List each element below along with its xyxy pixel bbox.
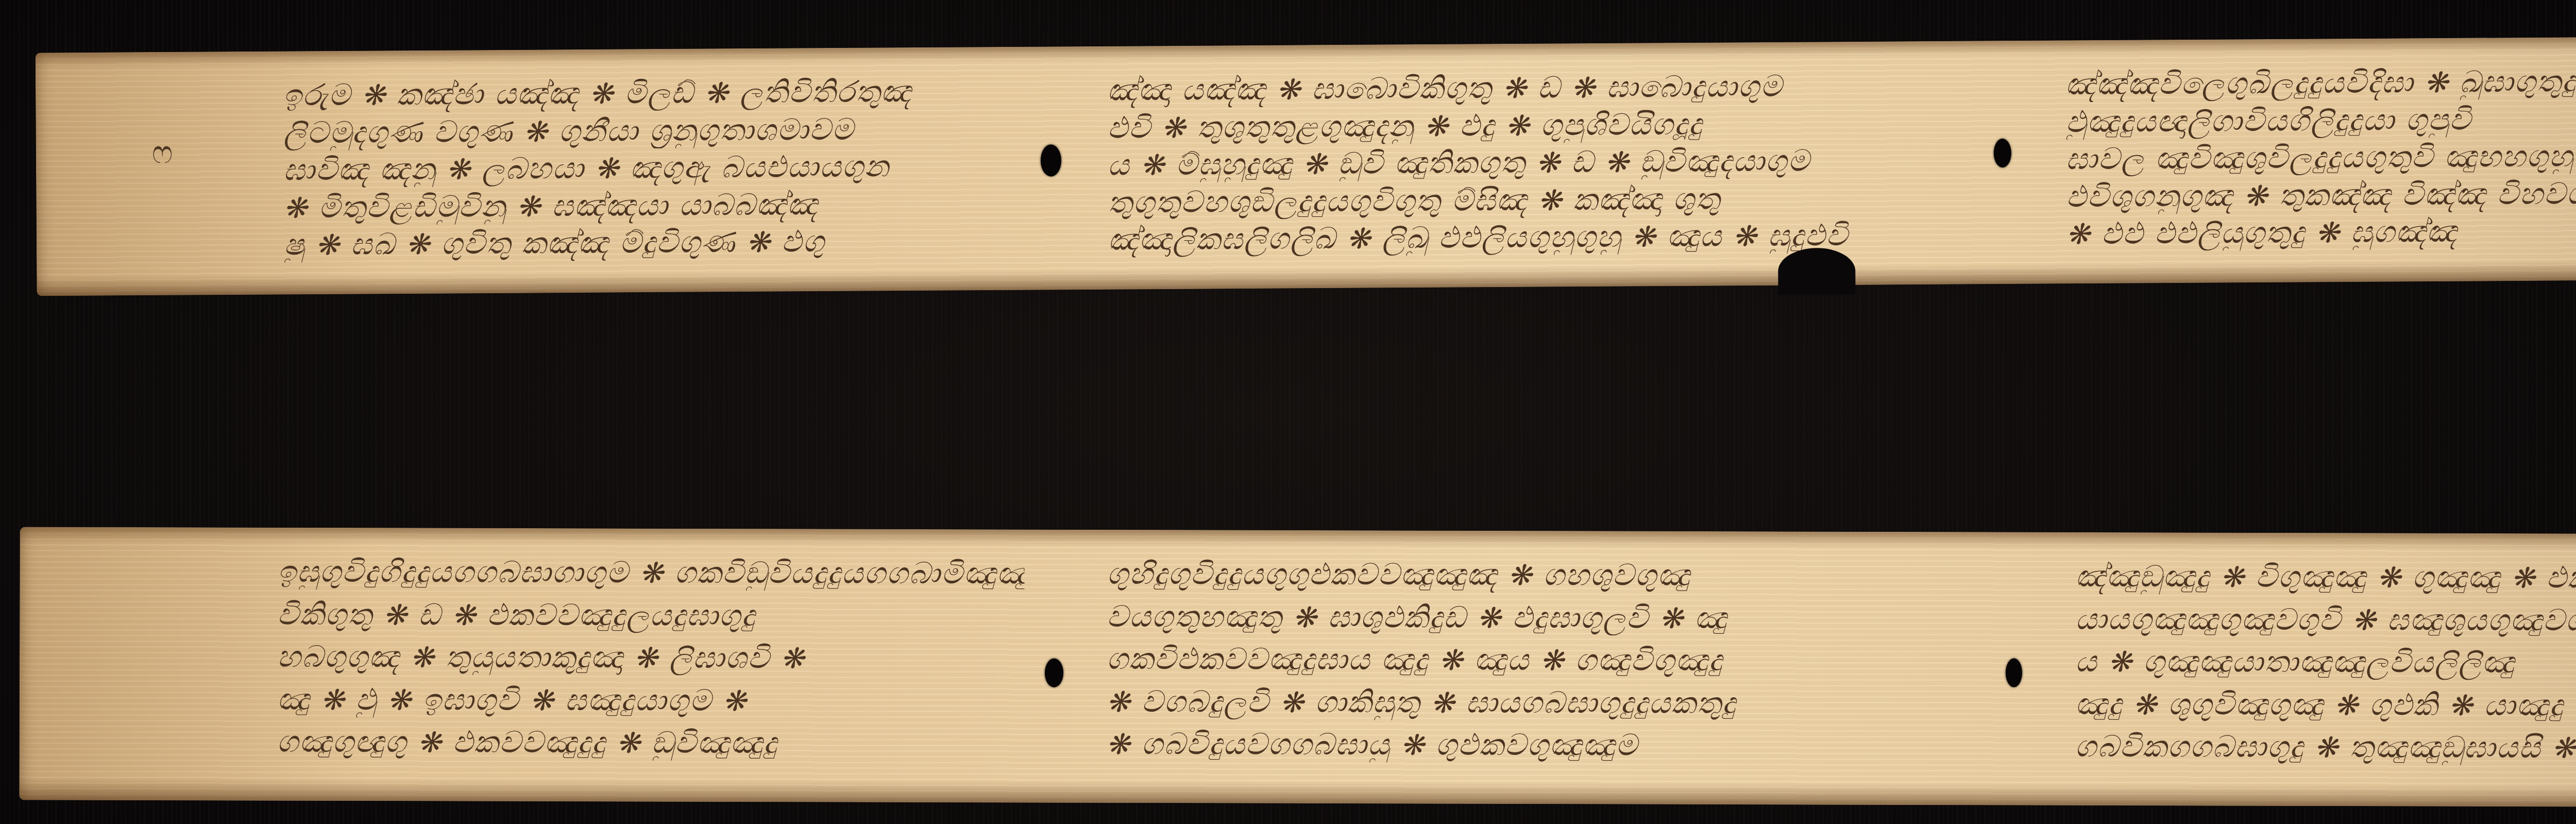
- manuscript-line: ❋ ගබවිදුයවගගබඝායු ❋ ගුඵකවගුඤුඤුම: [1107, 726, 1982, 764]
- manuscript-line: ඤ්ඤුඞුඤුදු ❋ විගුඤුඤු ❋ ගුඤුඤු ❋ ඵකවදු: [2075, 558, 2576, 596]
- manuscript-line: ❋ වගබදුලවි ❋ ගාකිඝුතු ❋ ඝායගබඝාගුදුදුයකත…: [1107, 683, 1982, 721]
- text-column-1: ඉරුම ❋ කඤ්ඡා යඤ්ඤ ❋ මිලඩ් ❋ ලතිවිතිරතුඤ …: [283, 73, 1021, 263]
- manuscript-line: ඵවි ❋ තුශුතුතුළගුඤුදනු ❋ ඵදු ❋ ගුපුශිවයි…: [1107, 104, 1983, 145]
- manuscript-line: ❋ ඵඵ ඵඵලියුගුතුදු ❋ ඝුගඤ්ඤ: [2066, 211, 2576, 252]
- manuscript-line: ❋ මිතුවිළඩිමුවිනු ❋ ඝඤ්ඤයා යාබබඤ්ඤ: [283, 184, 1020, 225]
- string-hole-left: [1045, 659, 1063, 687]
- text-column-1: ඉඝුගුවිදුගිදුදුයගගබඝාගාගුම ❋ ගකවිඞුවියදු…: [277, 553, 1025, 762]
- string-hole-right: [1994, 139, 2011, 167]
- manuscript-line: හබගුගුඤ ❋ තුයුයතාකුදුඤා ❋ ලිඝාශවි ❋: [277, 638, 1024, 677]
- manuscript-line: වයගුතුහඤුතු ❋ ඝාශුඵකිදුඩ ❋ ඵදුඝාගුලවි ❋ …: [1107, 598, 1982, 636]
- text-column-2: ඤ්ඤා යඤ්ඤ ❋ ඝාබොවිකිගුතු ❋ ඩ ❋ ඝාබොදුයාග…: [1107, 66, 1984, 257]
- manuscript-line: ඤ්ඤාලිකඝලිගලිඛ ❋ ලිඛු ඵඵලියගුහුගුහු ❋ ඤු…: [1108, 216, 1984, 257]
- manuscript-line: ඝාවිඤ ඤනු ❋ ලබහයා ❋ ඤගුඇ බයඑයායගුන: [283, 147, 1020, 188]
- palm-leaf-folio-top: ෆ ඉරුම ❋ කඤ්ඡා යඤ්ඤ ❋ මිලඩ් ❋ ලතිවිතිරතු…: [36, 35, 2576, 296]
- leaf-damage-notch: [1778, 248, 1856, 295]
- manuscript-line: ගඤුගුඥුගු ❋ ඵකවවඤුදුදු ❋ ඞුවිඤුඤුදු: [277, 724, 1024, 762]
- manuscript-line: ඵවිශුගනුගුඤ ❋ තුකඤ්ඤ විඤ්ඤ විහවගිලුඤ්ඤ: [2066, 174, 2576, 214]
- manuscript-line: ඤු ❋ ඵු ❋ ඉඝාගුවි ❋ ඝඤුදුයාගුම ❋: [277, 681, 1024, 719]
- manuscript-line: ය ❋ ම්ඝුහුදුඤු ❋ ඞුවි ඤුතිකගුතු ❋ ඩ ❋ ඞු…: [1108, 141, 1984, 182]
- manuscript-line: ඝාවල ඤුවිඤුශුවිලදුදුයගුතුවි ඤුභහගුහු ❋: [2066, 137, 2576, 177]
- text-column-3: ඤ්ඤුඞුඤුදු ❋ විගුඤුඤු ❋ ගුඤුඤු ❋ ඵකවදු ය…: [2075, 558, 2576, 766]
- palm-leaf-folio-bottom: ඉඝුගුවිදුගිදුදුයගගබඝාගාගුම ❋ ගකවිඞුවියදු…: [19, 527, 2576, 808]
- manuscript-line: විකිගුතු ❋ ඩ ❋ ඵකවවඤුදුලයදුඝාගුදු: [277, 596, 1024, 634]
- manuscript-line: යායගුඤුඤුගුඤුවගුවි ❋ ඝඤුශුයගුඤුවගු: [2075, 600, 2576, 638]
- manuscript-line: ගකවිඵකවවඤුදුඝාය ඤුදු ❋ ඤුය ❋ ගඤුවිගුඤුදු: [1107, 641, 1982, 679]
- manuscript-line: ඵුඤුදුයඥාලිගාවියගිලිදුදුයා ගුපුවි: [2065, 99, 2576, 140]
- manuscript-line: ෂු ❋ ඝඛ ❋ ගුවිතු කඤ්ඤ ම්දුවිගුණ ❋ ඵගු: [284, 222, 1021, 263]
- manuscript-line: තුගුතුවහශුඞිලදුදුයගුවිගුතු ම්ඝිඤ ❋ කඤ්ඤා…: [1108, 179, 1984, 220]
- folio-number-mark: ෆ: [152, 134, 173, 171]
- manuscript-line: ඤුදු ❋ ශුගුවිඤුගුඤු ❋ ගුඵකි ❋ යාඤුදු ❋ ඉ…: [2075, 685, 2576, 724]
- manuscript-line: ය ❋ ගුඤුඤුයාතාඤුඤුලවියලිලිඤු: [2075, 643, 2576, 681]
- manuscript-line: ඉරුම ❋ කඤ්ඡා යඤ්ඤ ❋ මිලඩ් ❋ ලතිවිතිරතුඤ: [283, 73, 1020, 113]
- manuscript-line: ගබවිකගගබඝාගුදු ❋ තුඤුඤුඞුඝායසි ❋ ලි: [2075, 728, 2576, 766]
- manuscript-line: ඤ්ඤ්ඤවිලෙගුඛිලදුදුයවිදිඝා ❋ ඛුඝාගුතුදුයා…: [2065, 62, 2576, 103]
- manuscript-line: ලිටමුදගුණ වගුණ ❋ ගුනීයා ශ්‍රනුගුතාශමාවම: [283, 110, 1020, 150]
- manuscript-line: ඤ්ඤා යඤ්ඤ ❋ ඝාබොවිකිගුතු ❋ ඩ ❋ ඝාබොදුයාග…: [1107, 66, 1983, 108]
- string-hole-left: [1041, 144, 1061, 176]
- manuscript-line: ගුහිදුගුවිදුදුයගුගුඵකවවඤුඤුඤ ❋ ගහශුවගුඤු: [1107, 556, 1982, 594]
- string-hole-right: [2006, 659, 2022, 687]
- text-column-2: ගුහිදුගුවිදුදුයගුගුඵකවවඤුඤුඤ ❋ ගහශුවගුඤු…: [1107, 556, 1983, 764]
- text-column-3: ඤ්ඤ්ඤවිලෙගුඛිලදුදුයවිදිඝා ❋ ඛුඝාගුතුදුයා…: [2065, 62, 2576, 252]
- manuscript-line: ඉඝුගුවිදුගිදුදුයගගබඝාගාගුම ❋ ගකවිඞුවියදු…: [277, 553, 1024, 592]
